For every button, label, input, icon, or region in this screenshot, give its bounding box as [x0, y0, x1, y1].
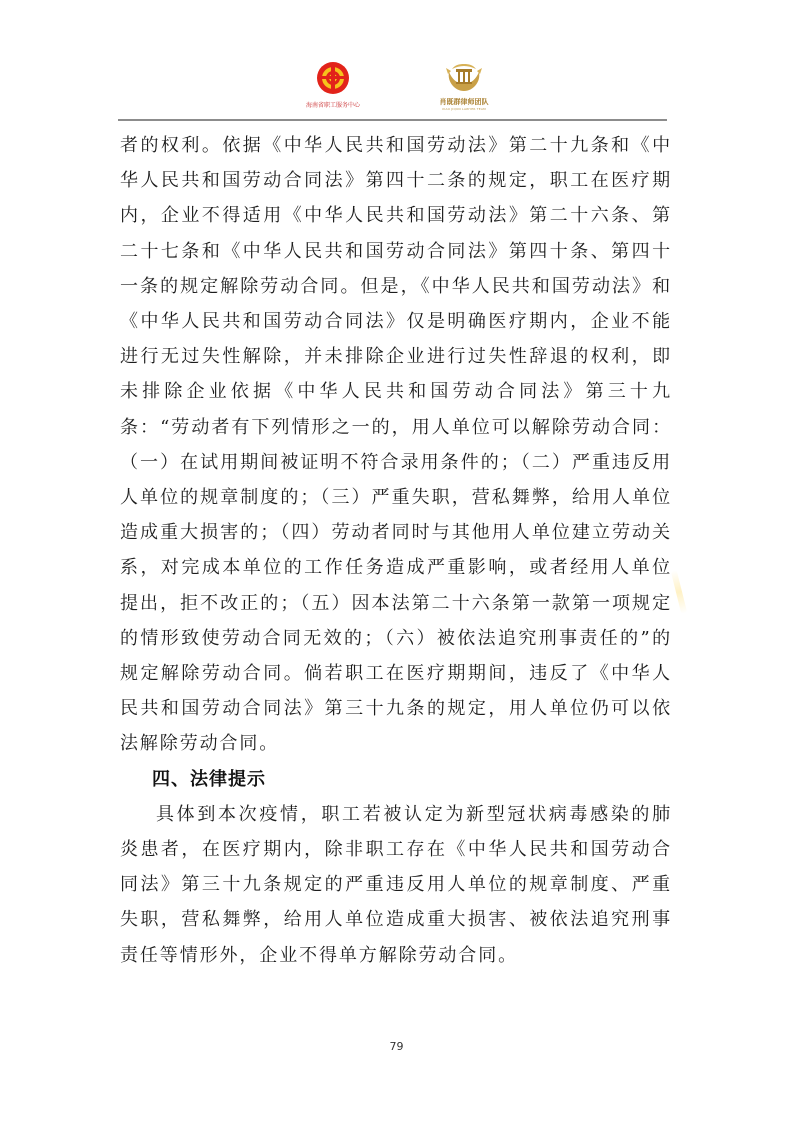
logo-right-caption: 肖既群律师团队 — [425, 97, 503, 107]
law-team-crest-icon — [445, 62, 483, 94]
trade-union-emblem-icon — [317, 62, 349, 94]
logo-haikou-workers-service-center: 海南省职工服务中心 — [298, 60, 368, 116]
page-number: 79 — [0, 1040, 793, 1053]
logo-law-team: 肖既群律师团队 XIAO JIQUN LAWYER TEAM — [425, 60, 503, 116]
body-paragraph-legal-tips: 具体到本次疫情，职工若被认定为新型冠状病毒感染的肺炎患者，在医疗期内，除非职工存… — [120, 797, 672, 973]
section-heading-legal-tips: 四、法律提示 — [120, 762, 672, 797]
document-body: 者的权利。依据《中华人民共和国劳动法》第二十九条和《中华人民共和国劳动合同法》第… — [120, 128, 672, 973]
logo-right-sub-caption: XIAO JIQUN LAWYER TEAM — [425, 107, 503, 111]
logo-left-caption: 海南省职工服务中心 — [298, 100, 368, 109]
page-header: 海南省职工服务中心 肖既群律师团队 XIAO JIQUN LAWYER TEAM — [0, 0, 793, 125]
watermark-artifact — [671, 570, 687, 614]
header-divider — [118, 119, 667, 121]
body-paragraph-continuation: 者的权利。依据《中华人民共和国劳动法》第二十九条和《中华人民共和国劳动合同法》第… — [120, 128, 672, 762]
